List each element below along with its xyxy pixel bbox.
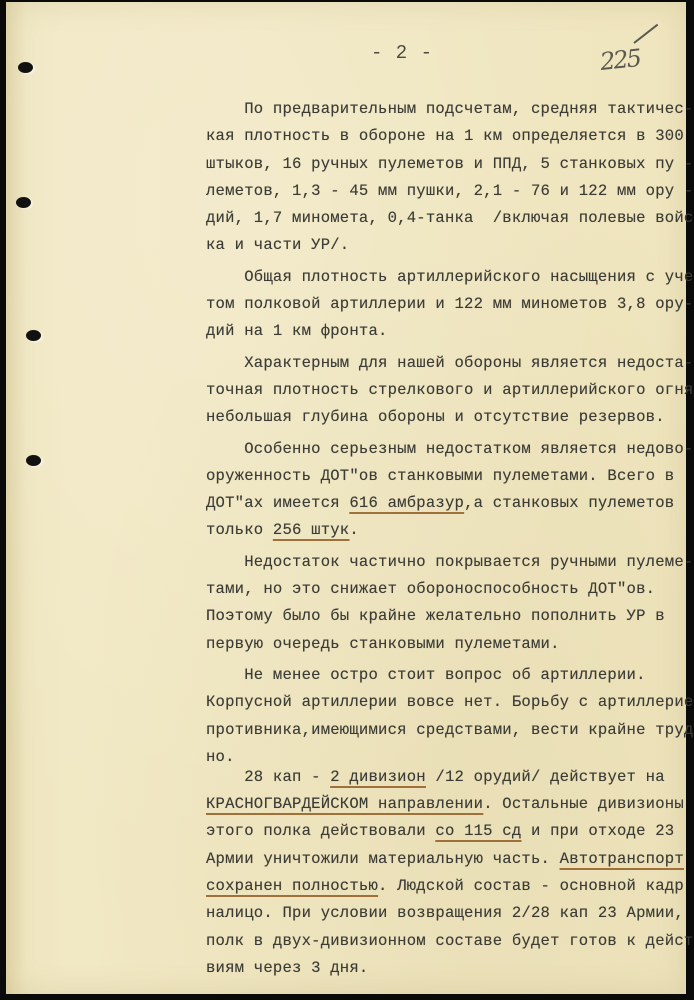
text-line: Недостаток частично покрывается ручными … bbox=[206, 549, 676, 576]
text-line: дий, 1,7 миномета, 0,4-танка /включая по… bbox=[206, 205, 676, 232]
text-segment: /12 орудий/ действует на bbox=[426, 768, 665, 786]
text-line: Поэтому было бы крайне желательно пополн… bbox=[206, 603, 676, 630]
underlined-text: 2 дивизион bbox=[330, 768, 426, 786]
text-segment: . Людской состав - основной кадр bbox=[378, 877, 684, 895]
text-line: тами, но это снижает обороноспособность … bbox=[206, 576, 676, 603]
page-number: - 2 - bbox=[371, 42, 433, 64]
text-segment: Армии уничтожили материальную часть. bbox=[206, 850, 560, 868]
text-line: По предварительным подсчетам, средняя та… bbox=[206, 96, 676, 123]
text-line: только 256 штук. bbox=[206, 517, 676, 544]
text-segment: ,а станковых пулеметов bbox=[464, 494, 674, 512]
underlined-text: со 115 сд bbox=[435, 822, 521, 840]
text-line: кая плотность в обороне на 1 км определя… bbox=[206, 123, 676, 150]
text-segment: 28 кап - bbox=[206, 768, 330, 786]
text-line: полк в двух-дивизионном составе будет го… bbox=[206, 928, 676, 955]
text-line: Армии уничтожили материальную часть. Авт… bbox=[206, 846, 676, 873]
text-line: дий на 1 км фронта. bbox=[206, 318, 676, 345]
text-line: Не менее остро стоит вопрос об артиллери… bbox=[206, 662, 676, 689]
text-line: первую очередь станковыми пулеметами. bbox=[206, 631, 676, 658]
punch-hole-icon bbox=[16, 197, 31, 208]
document-body: По предварительным подсчетам, средняя та… bbox=[206, 96, 676, 982]
text-line: Общая плотность артиллерийского насыщени… bbox=[206, 264, 676, 291]
text-segment: . Остальные дивизионы bbox=[483, 795, 684, 813]
text-line: леметов, 1,3 - 45 мм пушки, 2,1 - 76 и 1… bbox=[206, 178, 676, 205]
text-line: Корпусной артиллерии вовсе нет. Борьбу с… bbox=[206, 689, 676, 716]
text-line: точная плотность стрелкового и артиллери… bbox=[206, 377, 676, 404]
document-page: - 2 - 225 По предварительным подсчетам, … bbox=[6, 2, 686, 994]
text-line: противника,имеющимися средствами, вести … bbox=[206, 717, 676, 744]
text-segment: . bbox=[349, 521, 359, 539]
text-line: сохранен полностью. Людской состав - осн… bbox=[206, 873, 676, 900]
folio-stroke bbox=[633, 24, 658, 44]
text-line: ка и части УР/. bbox=[206, 232, 676, 259]
punch-hole-icon bbox=[26, 455, 41, 466]
text-line: небольшая глубина обороны и отсутствие р… bbox=[206, 404, 676, 431]
underlined-text: 256 штук bbox=[273, 521, 349, 539]
text-line: КРАСНОГВАРДЕЙСКОМ направлении. Остальные… bbox=[206, 791, 676, 818]
text-line: этого полка действовали со 115 сд и при … bbox=[206, 818, 676, 845]
text-line: том полковой артиллерии и 122 мм миномет… bbox=[206, 291, 676, 318]
punch-hole-icon bbox=[26, 330, 41, 341]
text-line: Особенно серьезным недостатком является … bbox=[206, 436, 676, 463]
punch-hole-icon bbox=[18, 62, 33, 73]
text-line: 28 кап - 2 дивизион /12 орудий/ действуе… bbox=[206, 764, 676, 791]
text-segment: ДОТ"ах имеется bbox=[206, 494, 349, 512]
handwritten-folio-number: 225 bbox=[599, 44, 642, 76]
text-line: ДОТ"ах имеется 616 амбразур,а станковых … bbox=[206, 490, 676, 517]
underlined-text: Автотранспорт bbox=[560, 850, 684, 868]
text-segment: и при отходе 23 bbox=[521, 822, 674, 840]
text-line: Характерным для нашей обороны является н… bbox=[206, 350, 676, 377]
underlined-text: сохранен полностью bbox=[206, 877, 378, 895]
underlined-text: 616 амбразур bbox=[349, 494, 464, 512]
underlined-text: КРАСНОГВАРДЕЙСКОМ направлении bbox=[206, 795, 483, 813]
text-segment: только bbox=[206, 521, 273, 539]
text-line: оруженность ДОТ"ов станковыми пулеметами… bbox=[206, 463, 676, 490]
text-line: штыков, 16 ручных пулеметов и ППД, 5 ста… bbox=[206, 151, 676, 178]
text-line: но. bbox=[206, 744, 676, 764]
text-line: налицо. При условии возвращения 2/28 кап… bbox=[206, 900, 676, 927]
text-segment: этого полка действовали bbox=[206, 822, 435, 840]
text-line: виям через 3 дня. bbox=[206, 955, 676, 982]
